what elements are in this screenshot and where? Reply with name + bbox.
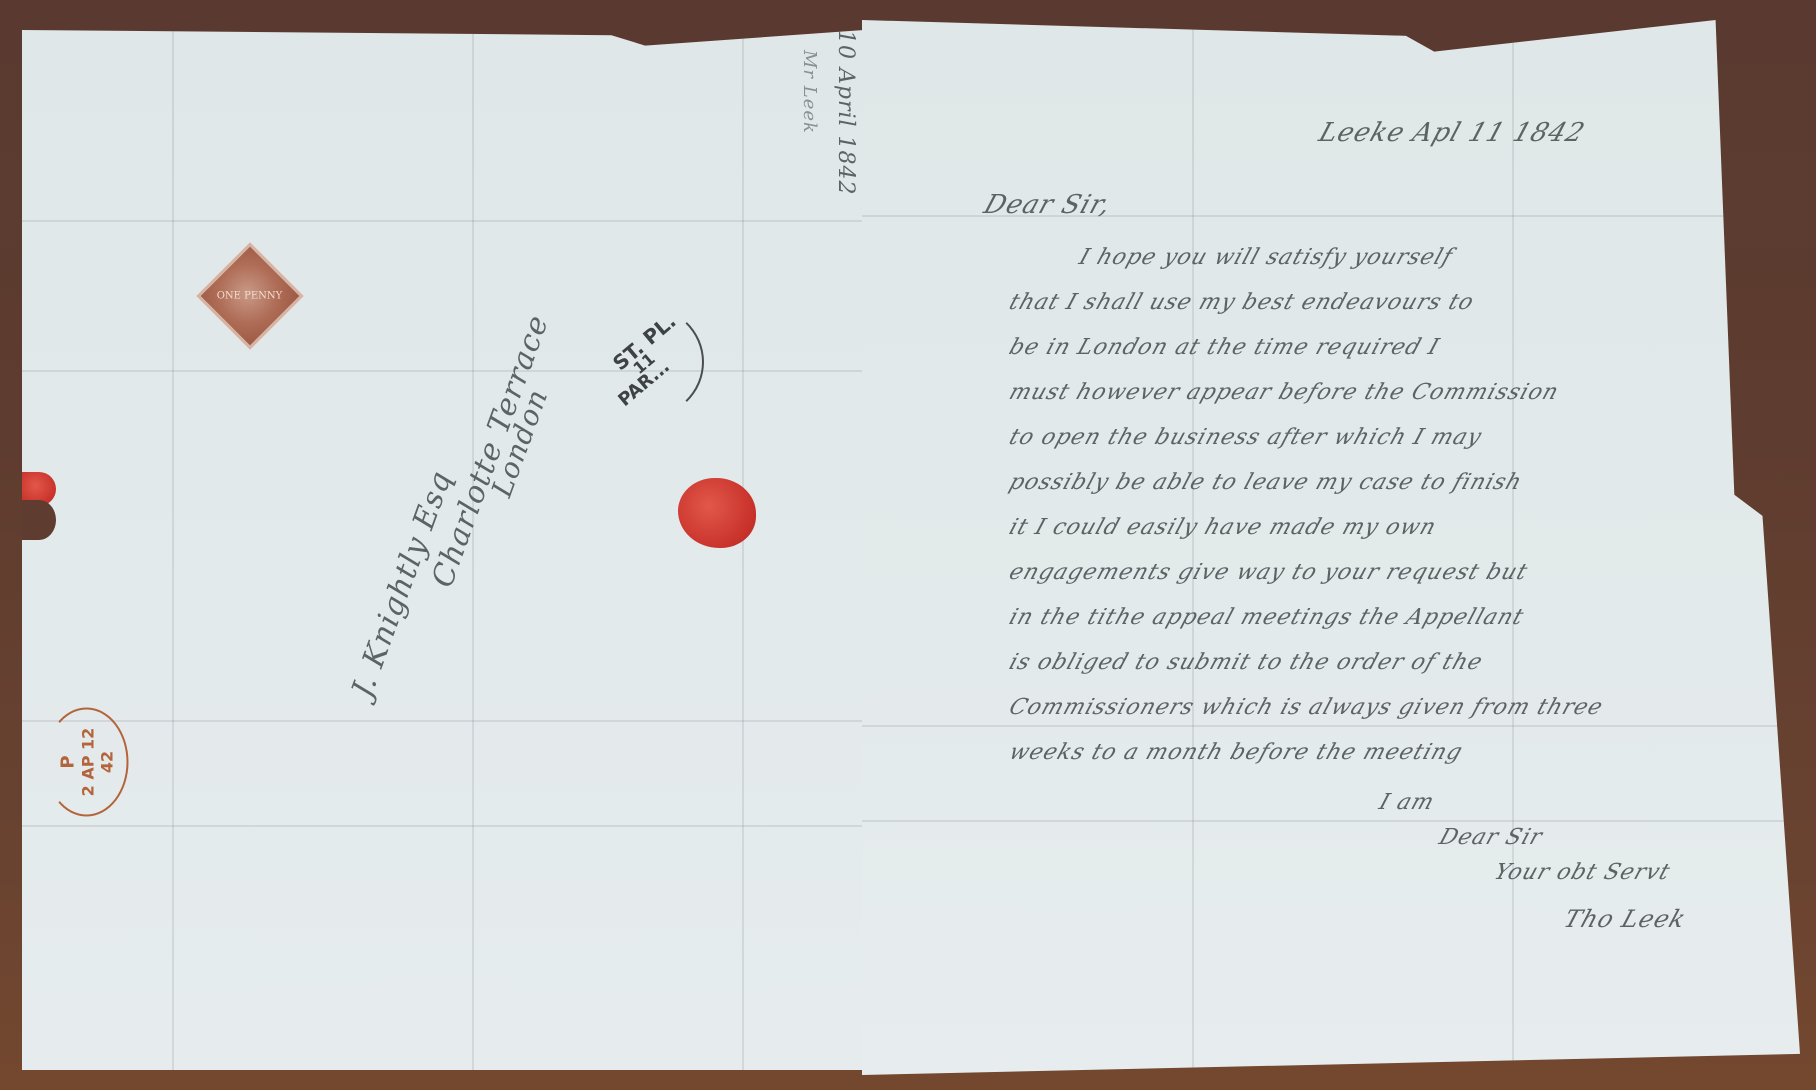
fold-line (1512, 20, 1514, 1075)
fold-line (22, 720, 864, 722)
fold-line (862, 725, 1800, 727)
fold-line (22, 220, 864, 222)
letter-line: is obliged to submit to the order of the (1006, 650, 1486, 675)
black-postmark: ST. PL. 11 PAR... (585, 305, 704, 419)
letter-line: weeks to a month before the meeting (1006, 740, 1466, 765)
signature: Tho Leek (1560, 905, 1690, 933)
wax-seal-icon (678, 478, 756, 548)
letter-line: Commissioners which is always given from… (1006, 695, 1607, 720)
letter-line: possibly be able to leave my case to fin… (1006, 470, 1526, 495)
closing-line: Your obt Servt (1491, 860, 1674, 885)
fold-line (172, 30, 174, 1070)
postmark-date: 2 AP 12 (78, 728, 97, 797)
docket-date: 10 April 1842 (833, 30, 858, 196)
letter-salutation: Dear Sir, (980, 190, 1115, 220)
fold-line (1192, 20, 1194, 1075)
closing-line: Dear Sir (1436, 825, 1546, 850)
letter-line: must however appear before the Commissio… (1006, 380, 1562, 405)
closing-line: I am (1376, 790, 1438, 815)
fold-line (742, 30, 744, 1070)
letter-line: in the tithe appeal meetings the Appella… (1006, 605, 1527, 630)
letter-line: it I could easily have made my own (1006, 515, 1440, 540)
letter-line: I hope you will satisfy yourself (1076, 245, 1456, 270)
postmark-year: 42 (97, 751, 116, 773)
letter-line: that I shall use my best endeavours to (1006, 290, 1478, 315)
fold-line (22, 825, 864, 827)
postmark-letter: P (57, 755, 78, 768)
letter-line: be in London at the time required I (1006, 335, 1443, 360)
fold-line (862, 820, 1800, 822)
letter-dateline: Leeke Apl 11 1842 (1315, 118, 1589, 148)
red-postmark: P 2 AP 12 42 (45, 708, 129, 817)
stamp-label: ONE PENNY (217, 291, 283, 302)
fold-line (22, 370, 864, 372)
torn-edge (22, 500, 56, 540)
letter-line: to open the business after which I may (1006, 425, 1485, 450)
letter-line: engagements give way to your request but (1006, 560, 1531, 585)
docket-name: Mr Leek (799, 50, 820, 134)
